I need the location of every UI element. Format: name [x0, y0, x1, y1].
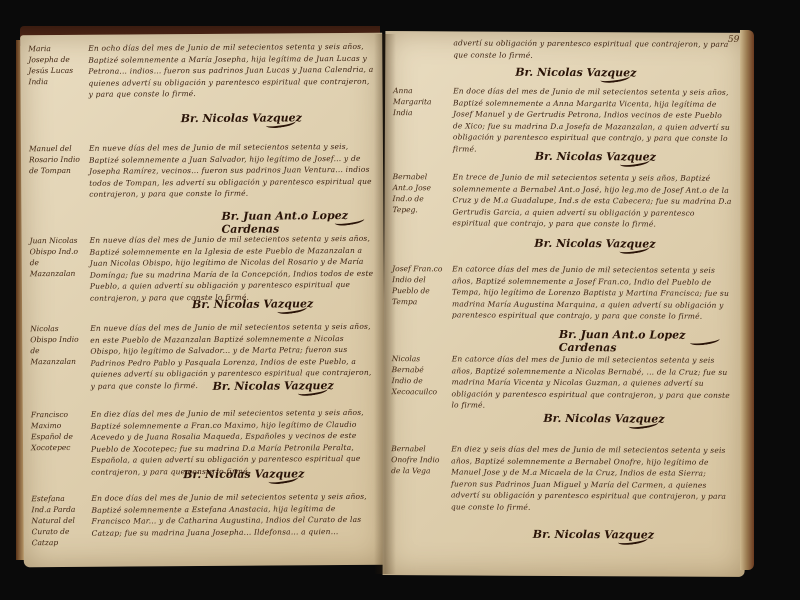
entry-text: advertí su obligación y parentesco espir… [453, 37, 733, 61]
signature: Br. Nicolas Vazquez [534, 237, 655, 251]
signature: Br. Nicolas Vazquez [183, 467, 304, 481]
entry-text: En doce días del mes de Junio de mil set… [453, 85, 733, 155]
signature: Br. Nicolas Vazquez [181, 111, 302, 125]
right-page: 59 advertí su obligación y parentesco es… [383, 31, 748, 577]
margin-name: Juan Nicolas Obispo Ind.o de Mazanzalan [30, 235, 82, 304]
entry-text: En nueve días del mes de Junio de mil se… [90, 233, 375, 304]
margin-name: Manuel del Rosario Indio de Tompan [29, 143, 81, 201]
margin-name [393, 37, 445, 60]
baptism-entry: Anna Margarita India En doce días del me… [393, 85, 733, 156]
entry-text: En catorce días del mes de Junio de mil … [452, 263, 732, 322]
signature: Br. Juan Ant.o Lopez Cardenas [559, 328, 746, 355]
baptism-entry: Maria Josepha de Jesús Lucas India En oc… [28, 41, 373, 101]
signature: Br. Nicolas Vazquez [515, 66, 636, 80]
baptism-entry: Bernabel Onofre Indio de la Vega En diez… [391, 443, 731, 514]
margin-name: Nicolas Bernabé Indio de Xecoacuilco [391, 353, 443, 411]
baptism-entry: Nicolas Bernabé Indio de Xecoacuilco En … [391, 353, 731, 412]
margin-name: Maria Josepha de Jesús Lucas India [28, 43, 80, 101]
entry-text: En trece de Junio de mil setecientos set… [452, 171, 732, 230]
margin-name: Nicolas Obispo Indio de Mazanzalan [30, 323, 82, 392]
baptism-entry: Juan Nicolas Obispo Ind.o de Mazanzalan … [30, 233, 375, 304]
signature: Br. Nicolas Vazquez [192, 297, 313, 311]
book-gutter [374, 34, 396, 574]
signature: Br. Nicolas Vazquez [543, 412, 664, 426]
margin-name: Estefana Ind.a Parda Natural del Curato … [31, 493, 83, 548]
entry-text: En diez y seis días del mes de Junio de … [451, 443, 731, 513]
baptism-entry-continuation: advertí su obligación y parentesco espir… [393, 37, 733, 62]
entry-text: En doce días del mes de Junio de mil set… [91, 491, 376, 548]
signature: Br. Juan Ant.o Lopez Cardenas [221, 209, 383, 236]
baptism-entry: Manuel del Rosario Indio de Tompan En nu… [29, 141, 374, 201]
margin-name: Bernabel Ant.o Jose Ind.o de Tepeg. [392, 171, 444, 229]
margin-name: Bernabel Onofre Indio de la Vega [391, 443, 443, 512]
margin-name: Francisco Maximo Español de Xocotepec [31, 409, 83, 478]
page-stack-edge [740, 30, 754, 570]
signature: Br. Nicolas Vazquez [213, 379, 334, 393]
entry-text: En ocho días del mes de Junio de mil set… [88, 41, 373, 100]
margin-name: Josef Fran.co Indio del Pueblo de Tempa [392, 263, 444, 321]
entry-text: En nueve días del mes de Junio de mil se… [89, 141, 374, 200]
signature: Br. Nicolas Vazquez [535, 150, 656, 164]
baptism-entry: Estefana Ind.a Parda Natural del Curato … [31, 491, 376, 548]
entry-text: En catorce días del mes de Junio de mil … [451, 353, 731, 412]
left-page: Maria Josepha de Jesús Lucas India En oc… [20, 33, 386, 568]
baptism-entry: Josef Fran.co Indio del Pueblo de Tempa … [392, 263, 732, 322]
baptism-entry: Bernabel Ant.o Jose Ind.o de Tepeg. En t… [392, 171, 732, 230]
signature: Br. Nicolas Vazquez [533, 528, 654, 542]
margin-name: Anna Margarita India [393, 85, 445, 154]
